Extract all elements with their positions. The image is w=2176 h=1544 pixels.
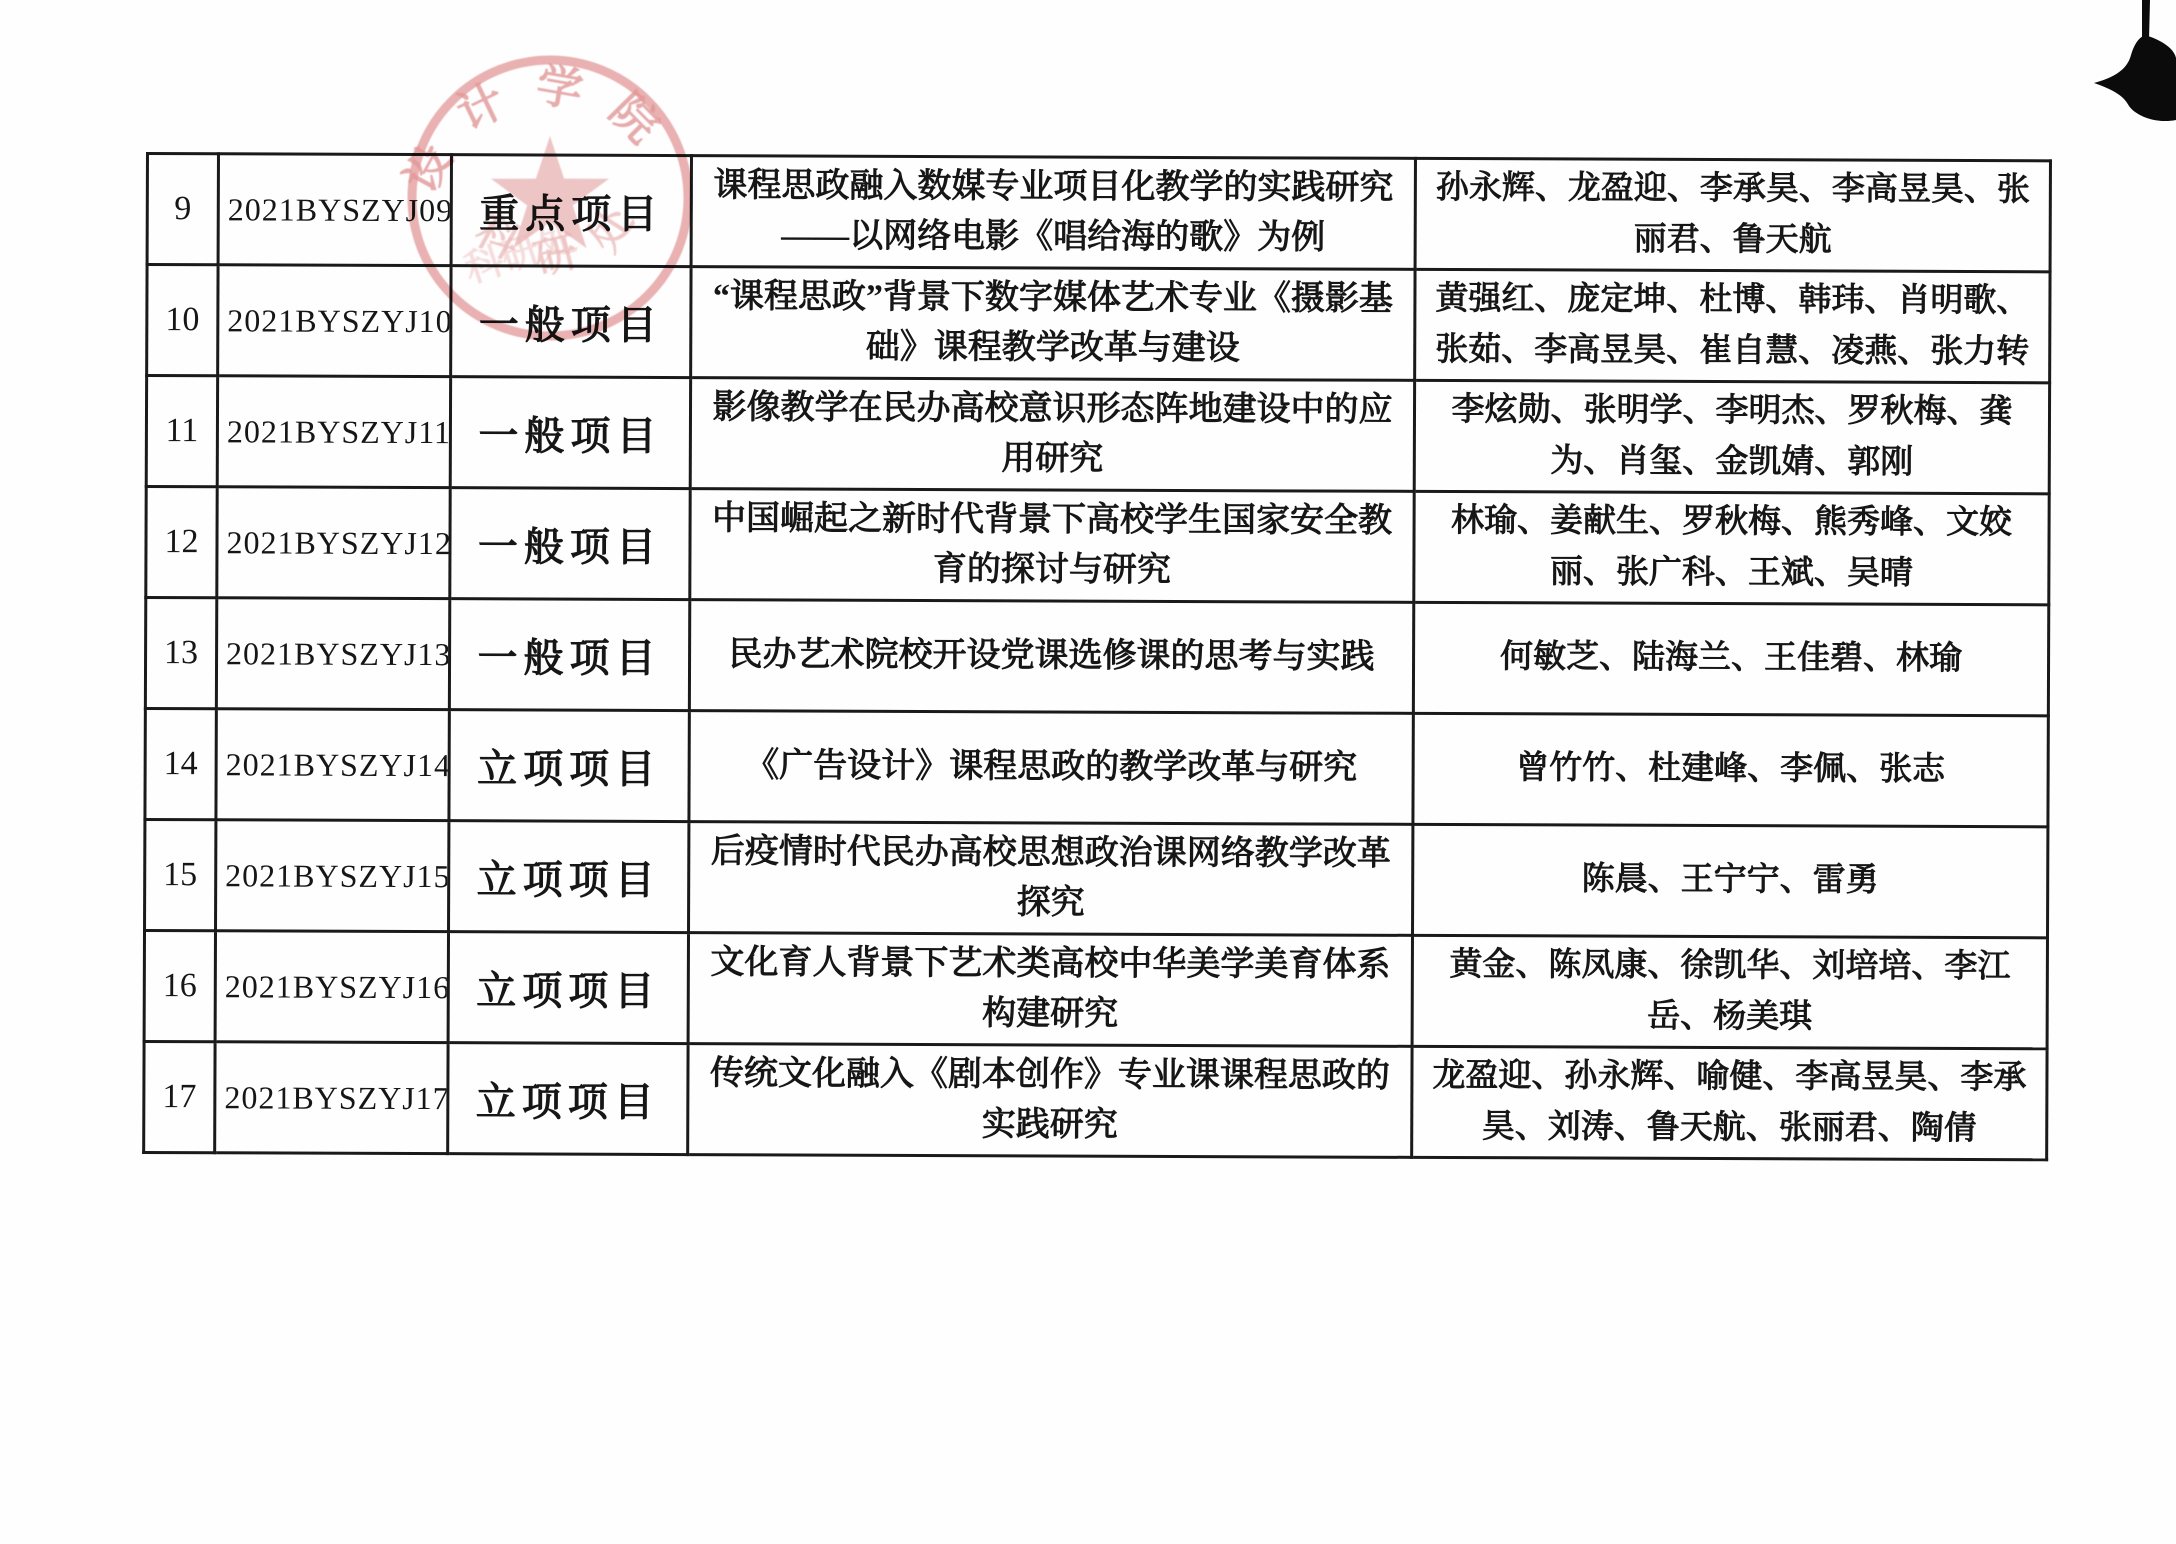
project-members-cell: 林瑜、姜献生、罗秋梅、熊秀峰、文姣丽、张广科、王斌、吴晴 bbox=[1414, 491, 2049, 604]
table-row: 122021BYSZYJ12一般项目中国崛起之新时代背景下高校学生国家安全教育的… bbox=[146, 487, 2049, 605]
project-type-cell: 立项项目 bbox=[449, 821, 689, 933]
project-title-cell: 文化育人背景下艺术类高校中华美学美育体系构建研究 bbox=[688, 933, 1412, 1047]
projects-table: 92021BYSZYJ09重点项目课程思政融入数媒专业项目化教学的实践研究——以… bbox=[142, 152, 2052, 1161]
table-row: 162021BYSZYJ16立项项目文化育人背景下艺术类高校中华美学美育体系构建… bbox=[144, 931, 2047, 1049]
project-title-cell: 后疫情时代民办高校思想政治课网络教学改革探究 bbox=[689, 822, 1413, 936]
table-row: 142021BYSZYJ14立项项目《广告设计》课程思政的教学改革与研究曾竹竹、… bbox=[145, 709, 2048, 827]
project-type-cell: 立项项目 bbox=[448, 1043, 688, 1155]
project-type-cell: 一般项目 bbox=[449, 599, 689, 711]
project-type-cell: 立项项目 bbox=[448, 932, 688, 1044]
table-row: 152021BYSZYJ15立项项目后疫情时代民办高校思想政治课网络教学改革探究… bbox=[145, 820, 2048, 938]
project-title-cell: “课程思政”背景下数字媒体艺术专业《摄影基础》课程教学改革与建设 bbox=[691, 267, 1415, 381]
project-type-cell: 重点项目 bbox=[451, 155, 691, 267]
row-index-cell: 16 bbox=[144, 931, 215, 1042]
project-members-cell: 李炫勋、张明学、李明杰、罗秋梅、龚为、肖玺、金凯婧、郭刚 bbox=[1414, 380, 2049, 493]
scan-ink-blob bbox=[2076, 0, 2176, 130]
project-title-cell: 影像教学在民办高校意识形态阵地建设中的应用研究 bbox=[690, 378, 1414, 492]
scanned-document-page: 92021BYSZYJ09重点项目课程思政融入数媒专业项目化教学的实践研究——以… bbox=[0, 0, 2176, 1544]
row-index-cell: 11 bbox=[146, 376, 217, 487]
row-index-cell: 15 bbox=[145, 820, 216, 931]
row-index-cell: 10 bbox=[147, 265, 218, 376]
row-index-cell: 13 bbox=[145, 598, 216, 709]
project-id-cell: 2021BYSZYJ11 bbox=[217, 376, 450, 488]
project-members-cell: 龙盈迎、孙永辉、喻健、李高昱昊、李承昊、刘涛、鲁天航、张丽君、陶倩 bbox=[1412, 1046, 2047, 1159]
table-row: 172021BYSZYJ17立项项目传统文化融入《剧本创作》专业课课程思政的实践… bbox=[144, 1041, 2047, 1159]
projects-table-body: 92021BYSZYJ09重点项目课程思政融入数媒专业项目化教学的实践研究——以… bbox=[144, 154, 2051, 1160]
project-id-cell: 2021BYSZYJ13 bbox=[216, 598, 449, 710]
project-id-cell: 2021BYSZYJ15 bbox=[216, 820, 449, 932]
table-row: 102021BYSZYJ10一般项目“课程思政”背景下数字媒体艺术专业《摄影基础… bbox=[147, 265, 2050, 383]
project-type-cell: 一般项目 bbox=[450, 377, 690, 489]
project-title-cell: 传统文化融入《剧本创作》专业课课程思政的实践研究 bbox=[688, 1044, 1412, 1158]
project-members-cell: 曾竹竹、杜建峰、李佩、张志 bbox=[1413, 713, 2048, 826]
project-id-cell: 2021BYSZYJ12 bbox=[217, 487, 450, 599]
project-title-cell: 《广告设计》课程思政的教学改革与研究 bbox=[689, 711, 1413, 825]
table-row: 92021BYSZYJ09重点项目课程思政融入数媒专业项目化教学的实践研究——以… bbox=[147, 154, 2050, 272]
project-members-cell: 何敏芝、陆海兰、王佳碧、林瑜 bbox=[1413, 602, 2048, 715]
project-title-cell: 民办艺术院校开设党课选修课的思考与实践 bbox=[689, 600, 1413, 714]
project-id-cell: 2021BYSZYJ16 bbox=[215, 931, 448, 1043]
project-id-cell: 2021BYSZYJ10 bbox=[218, 265, 451, 377]
project-members-cell: 黄强红、庞定坤、杜博、韩玮、肖明歌、张茹、李高昱昊、崔自慧、凌燕、张力转 bbox=[1415, 269, 2050, 382]
project-members-cell: 陈晨、王宁宁、雷勇 bbox=[1413, 824, 2048, 937]
project-title-cell: 课程思政融入数媒专业项目化教学的实践研究——以网络电影《唱给海的歌》为例 bbox=[691, 156, 1415, 270]
row-index-cell: 9 bbox=[147, 154, 218, 265]
project-id-cell: 2021BYSZYJ14 bbox=[216, 709, 449, 821]
project-id-cell: 2021BYSZYJ09 bbox=[218, 154, 451, 266]
table-row: 132021BYSZYJ13一般项目民办艺术院校开设党课选修课的思考与实践何敏芝… bbox=[145, 598, 2048, 716]
project-members-cell: 孙永辉、龙盈迎、李承昊、李高昱昊、张丽君、鲁天航 bbox=[1415, 158, 2050, 271]
project-members-cell: 黄金、陈凤康、徐凯华、刘培培、李江岳、杨美琪 bbox=[1412, 935, 2047, 1048]
project-type-cell: 一般项目 bbox=[450, 488, 690, 600]
project-type-cell: 立项项目 bbox=[449, 710, 689, 822]
row-index-cell: 17 bbox=[144, 1041, 215, 1152]
row-index-cell: 12 bbox=[146, 487, 217, 598]
project-id-cell: 2021BYSZYJ17 bbox=[215, 1042, 448, 1154]
project-type-cell: 一般项目 bbox=[451, 266, 691, 378]
table-row: 112021BYSZYJ11一般项目影像教学在民办高校意识形态阵地建设中的应用研… bbox=[146, 376, 2049, 494]
row-index-cell: 14 bbox=[145, 709, 216, 820]
project-title-cell: 中国崛起之新时代背景下高校学生国家安全教育的探讨与研究 bbox=[690, 489, 1414, 603]
projects-table-wrap: 92021BYSZYJ09重点项目课程思政融入数媒专业项目化教学的实践研究——以… bbox=[142, 152, 2049, 1161]
